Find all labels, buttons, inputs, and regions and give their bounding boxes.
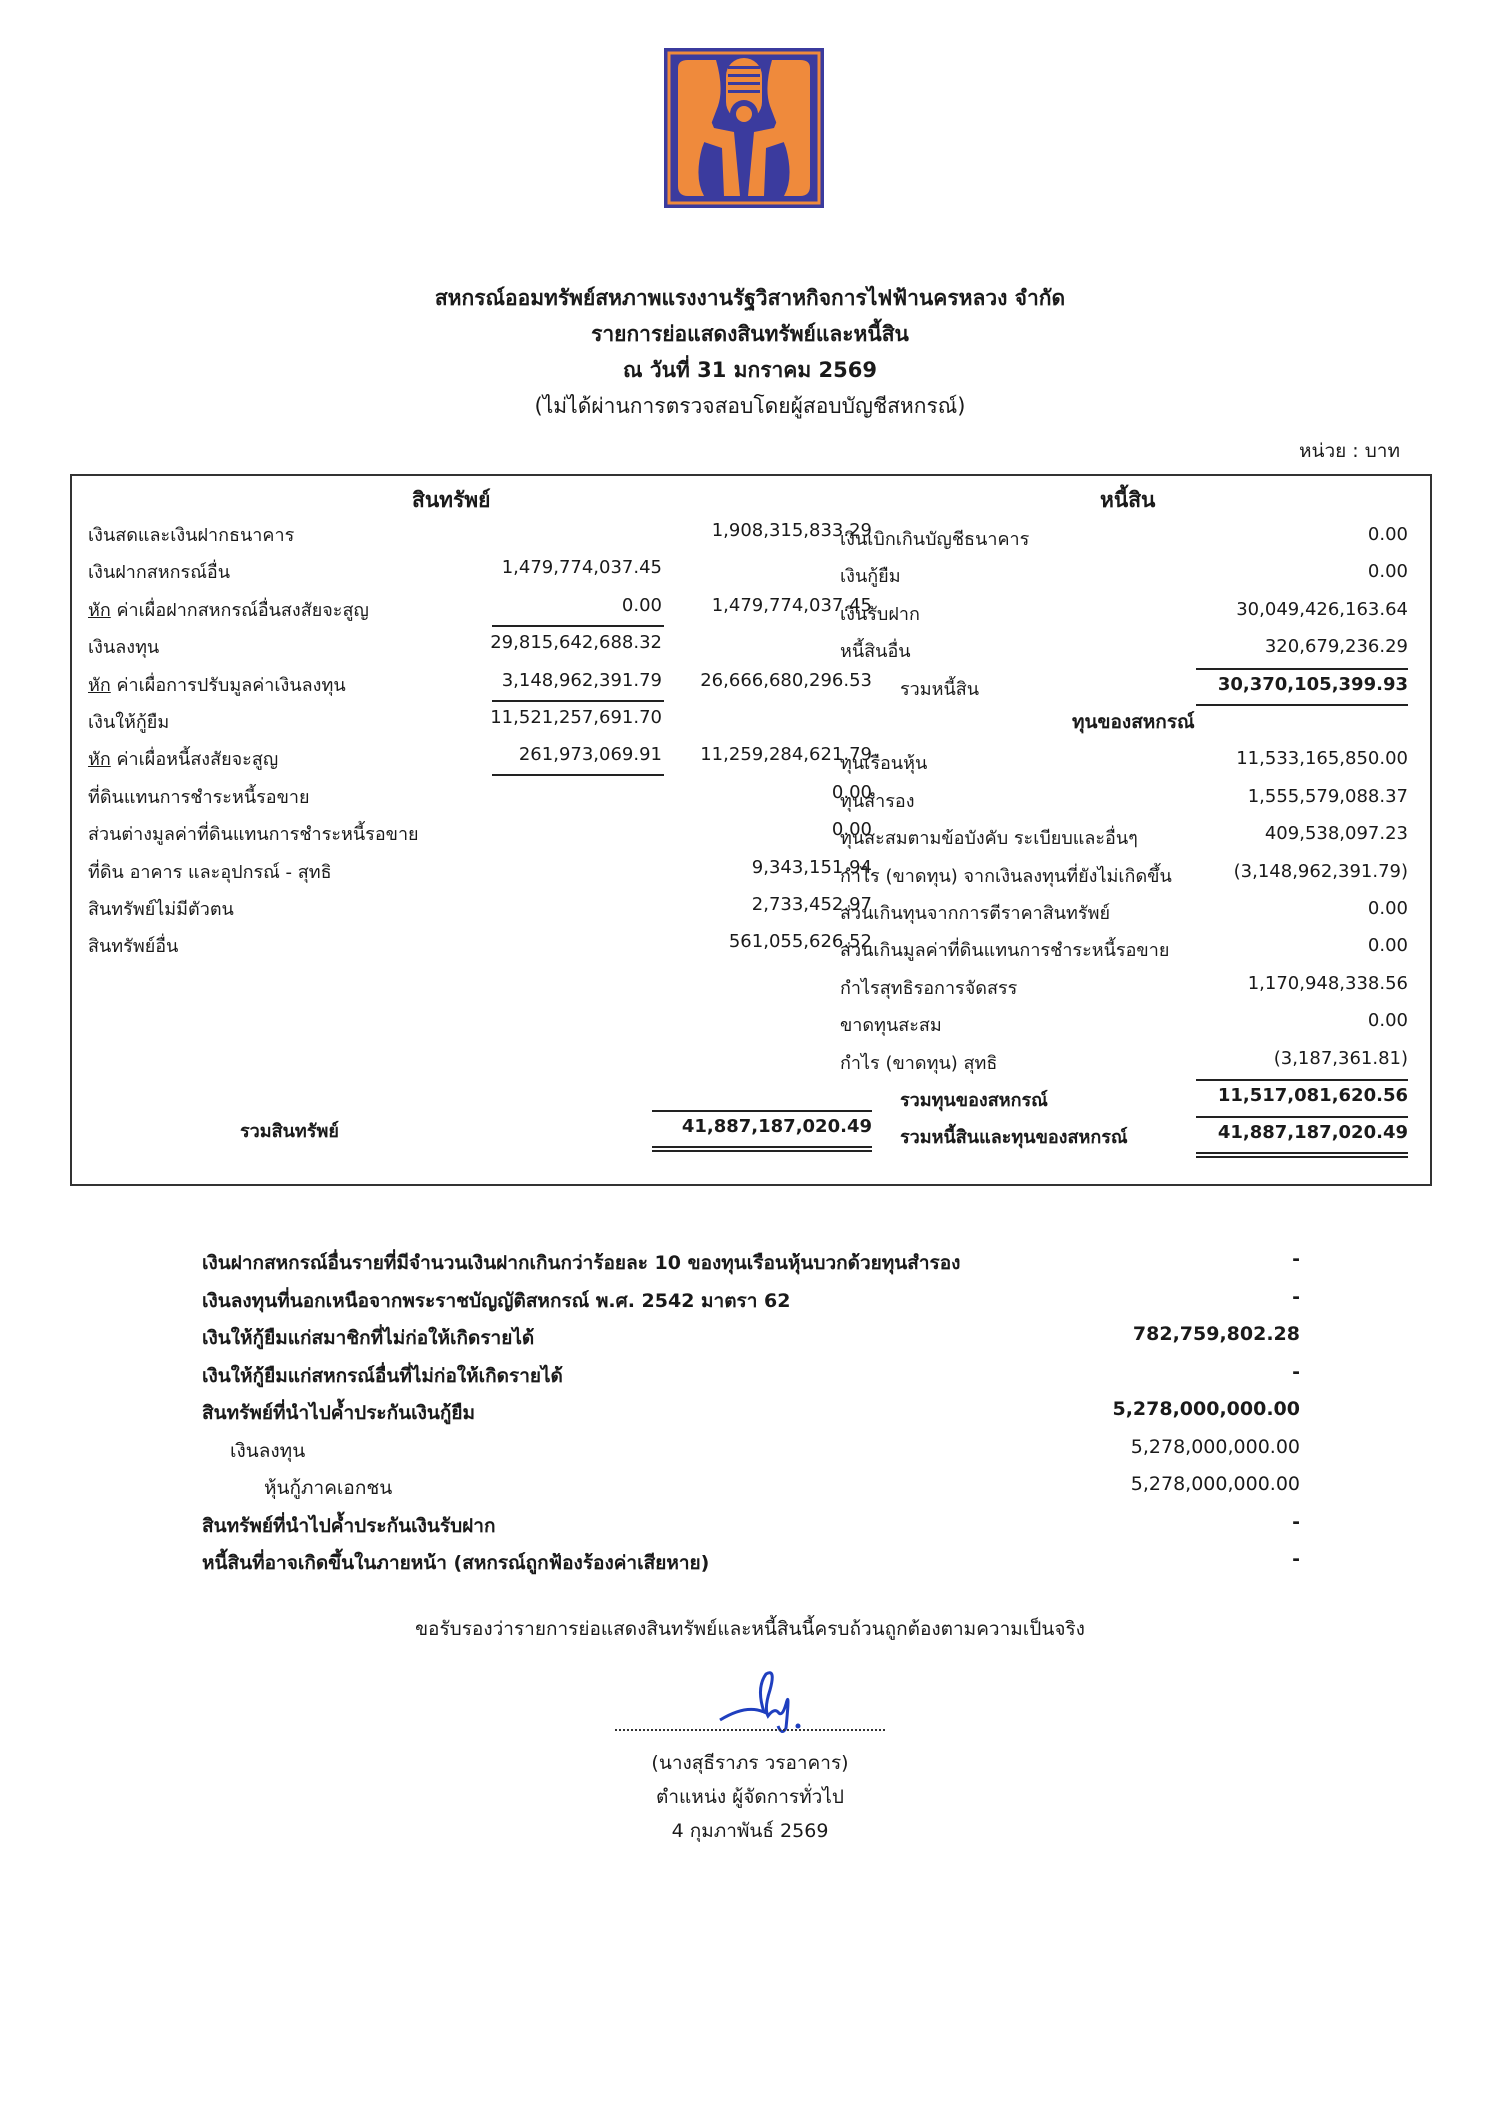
liability-label: เงินกู้ยืม [840,561,901,590]
equity-value: (3,187,361.81) [1188,1048,1408,1069]
asset-label: สินทรัพย์ไม่มีตัวตน [88,894,234,923]
total-liabilities-label: รวมหนี้สิน [900,674,979,703]
equity-label: ขาดทุนสะสม [840,1010,942,1039]
asset-value: 0.00 [652,819,872,840]
asset-label-text: สินทรัพย์ไม่มีตัวตน [88,899,234,920]
asset-value: 1,908,315,833.29 [652,520,872,541]
balance-sheet-table: สินทรัพย์ หนี้สิน เงินสดและเงินฝากธนาคาร… [70,474,1432,1186]
note-label: สินทรัพย์ที่นำไปค้ำประกันเงินกู้ยืม [202,1398,475,1428]
assets-heading: สินทรัพย์ [412,484,490,517]
asset-label: หัก ค่าเผื่อหนี้สงสัยจะสูญ [88,744,278,773]
liability-label: เงินเบิกเกินบัญชีธนาคาร [840,524,1029,553]
note-label: เงินให้กู้ยืมแก่สหกรณ์อื่นที่ไม่ก่อให้เก… [202,1361,563,1391]
liability-value: 30,049,426,163.64 [1188,599,1408,620]
subtotal-rule [492,700,664,702]
signer-name: (นางสุธีราภร วรอาคาร) [0,1748,1500,1778]
organization-name: สหกรณ์ออมทรัพย์สหภาพแรงงานรัฐวิสาหกิจการ… [0,282,1500,315]
equity-value: 1,170,948,338.56 [1188,973,1408,994]
asset-value: 0.00 [652,782,872,803]
asset-label: สินทรัพย์อื่น [88,931,178,960]
liability-label: หนี้สินอื่น [840,636,911,665]
deduction-prefix: หัก [88,600,111,621]
note-label: หุ้นกู้ภาคเอกชน [264,1473,392,1503]
asset-label-text: ค่าเผื่อการปรับมูลค่าเงินลงทุน [111,675,346,696]
total-equity-value: 11,517,081,620.56 [1188,1085,1408,1106]
asset-label: ส่วนต่างมูลค่าที่ดินแทนการชำระหนี้รอขาย [88,819,419,848]
equity-label: ส่วนเกินทุนจากการตีราคาสินทรัพย์ [840,898,1110,927]
total-equity-label: รวมทุนของสหกรณ์ [900,1085,1048,1114]
asset-sub-value: 29,815,642,688.32 [442,632,662,653]
liability-value: 0.00 [1188,524,1408,545]
total-assets-label: รวมสินทรัพย์ [240,1116,339,1145]
liability-value: 320,679,236.29 [1188,636,1408,657]
deduction-prefix: หัก [88,749,111,770]
liabilities-heading: หนี้สิน [1100,484,1155,517]
note-value: - [1292,1286,1300,1308]
equity-heading: ทุนของสหกรณ์ [1072,707,1195,737]
equity-value: 0.00 [1188,898,1408,919]
asset-label: เงินสดและเงินฝากธนาคาร [88,520,294,549]
total-liabilities-value: 30,370,105,399.93 [1188,674,1408,695]
asset-label: ที่ดินแทนการชำระหนี้รอขาย [88,782,310,811]
note-value: - [1292,1548,1300,1570]
asset-label-text: ที่ดินแทนการชำระหนี้รอขาย [88,787,310,808]
asset-label: ที่ดิน อาคาร และอุปกรณ์ - สุทธิ [88,857,332,886]
total-rule [1196,1116,1408,1118]
note-value: - [1292,1248,1300,1270]
equity-label: กำไรสุทธิรอการจัดสรร [840,973,1017,1002]
certification-statement: ขอรับรองว่ารายการย่อแสดงสินทรัพย์และหนี้… [0,1614,1500,1644]
note-label: เงินลงทุนที่นอกเหนือจากพระราชบัญญัติสหกร… [202,1286,791,1316]
equity-value: 1,555,579,088.37 [1188,786,1408,807]
deduction-prefix: หัก [88,675,111,696]
asset-sub-value: 11,521,257,691.70 [442,707,662,728]
note-value: - [1292,1511,1300,1533]
asset-label: เงินลงทุน [88,632,159,661]
audit-note: (ไม่ได้ผ่านการตรวจสอบโดยผู้สอบบัญชีสหกรณ… [0,390,1500,423]
double-rule [1196,1152,1408,1158]
equity-label: กำไร (ขาดทุน) จากเงินลงทุนที่ยังไม่เกิดข… [840,861,1172,890]
note-value: 5,278,000,000.00 [1131,1473,1300,1495]
report-date: ณ วันที่ 31 มกราคม 2569 [0,354,1500,387]
total-assets-value: 41,887,187,020.49 [652,1116,872,1137]
equity-value: 11,533,165,850.00 [1188,748,1408,769]
asset-sub-value: 0.00 [442,595,662,616]
equity-label: ทุนสะสมตามข้อบังคับ ระเบียบและอื่นๆ [840,823,1138,852]
total-rule [652,1110,872,1112]
asset-value: 11,259,284,621.79 [652,744,872,765]
double-rule [652,1146,872,1152]
note-label: เงินฝากสหกรณ์อื่นรายที่มีจำนวนเงินฝากเกิ… [202,1248,960,1278]
asset-label: หัก ค่าเผื่อฝากสหกรณ์อื่นสงสัยจะสูญ [88,595,369,624]
equity-value: 0.00 [1188,935,1408,956]
asset-value: 9,343,151.94 [652,857,872,878]
asset-label-text: เงินให้กู้ยืม [88,712,169,733]
signature-icon [716,1668,806,1738]
asset-value: 561,055,626.52 [652,931,872,952]
liability-value: 0.00 [1188,561,1408,582]
asset-sub-value: 1,479,774,037.45 [442,557,662,578]
subtotal-rule [492,625,664,627]
note-label: สินทรัพย์ที่นำไปค้ำประกันเงินรับฝาก [202,1511,495,1541]
asset-label: หัก ค่าเผื่อการปรับมูลค่าเงินลงทุน [88,670,346,699]
note-value: 782,759,802.28 [1133,1323,1300,1345]
total-rule [1196,1079,1408,1081]
asset-label-text: เงินฝากสหกรณ์อื่น [88,562,230,583]
equity-value: (3,148,962,391.79) [1188,861,1408,882]
asset-value: 1,479,774,037.45 [652,595,872,616]
note-label: เงินให้กู้ยืมแก่สมาชิกที่ไม่ก่อให้เกิดรา… [202,1323,534,1353]
asset-label-text: ค่าเผื่อฝากสหกรณ์อื่นสงสัยจะสูญ [111,600,369,621]
note-label: หนี้สินที่อาจเกิดขึ้นในภายหน้า (สหกรณ์ถู… [202,1548,709,1578]
note-value: 5,278,000,000.00 [1131,1436,1300,1458]
asset-label: เงินให้กู้ยืม [88,707,169,736]
currency-unit: หน่วย : บาท [1299,436,1400,466]
grand-total-label: รวมหนี้สินและทุนของสหกรณ์ [900,1122,1128,1151]
asset-label: เงินฝากสหกรณ์อื่น [88,557,230,586]
asset-label-text: สินทรัพย์อื่น [88,936,178,957]
asset-value: 2,733,452.97 [652,894,872,915]
asset-sub-value: 3,148,962,391.79 [442,670,662,691]
equity-label: ทุนสำรอง [840,786,915,815]
cooperative-logo-icon [664,48,824,208]
signature-line [615,1729,885,1731]
asset-label-text: ส่วนต่างมูลค่าที่ดินแทนการชำระหนี้รอขาย [88,824,419,845]
asset-label-text: เงินลงทุน [88,637,159,658]
equity-label: ทุนเรือนหุ้น [840,748,927,777]
signer-position: ตำแหน่ง ผู้จัดการทั่วไป [0,1782,1500,1812]
equity-label: กำไร (ขาดทุน) สุทธิ [840,1048,997,1077]
note-label: เงินลงทุน [230,1436,305,1466]
equity-label: ส่วนเกินมูลค่าที่ดินแทนการชำระหนี้รอขาย [840,935,1169,964]
total-rule [1196,704,1408,706]
grand-total-value: 41,887,187,020.49 [1188,1122,1408,1143]
note-value: - [1292,1361,1300,1383]
total-rule [1196,668,1408,670]
subtotal-rule [492,774,664,776]
liability-label: เงินรับฝาก [840,599,920,628]
equity-value: 0.00 [1188,1010,1408,1031]
equity-value: 409,538,097.23 [1188,823,1408,844]
asset-label-text: ค่าเผื่อหนี้สงสัยจะสูญ [111,749,278,770]
report-title: รายการย่อแสดงสินทรัพย์และหนี้สิน [0,318,1500,351]
asset-label-text: เงินสดและเงินฝากธนาคาร [88,525,294,546]
asset-label-text: ที่ดิน อาคาร และอุปกรณ์ - สุทธิ [88,862,332,883]
asset-value: 26,666,680,296.53 [652,670,872,691]
signature-date: 4 กุมภาพันธ์ 2569 [0,1816,1500,1846]
note-value: 5,278,000,000.00 [1112,1398,1300,1420]
asset-sub-value: 261,973,069.91 [442,744,662,765]
